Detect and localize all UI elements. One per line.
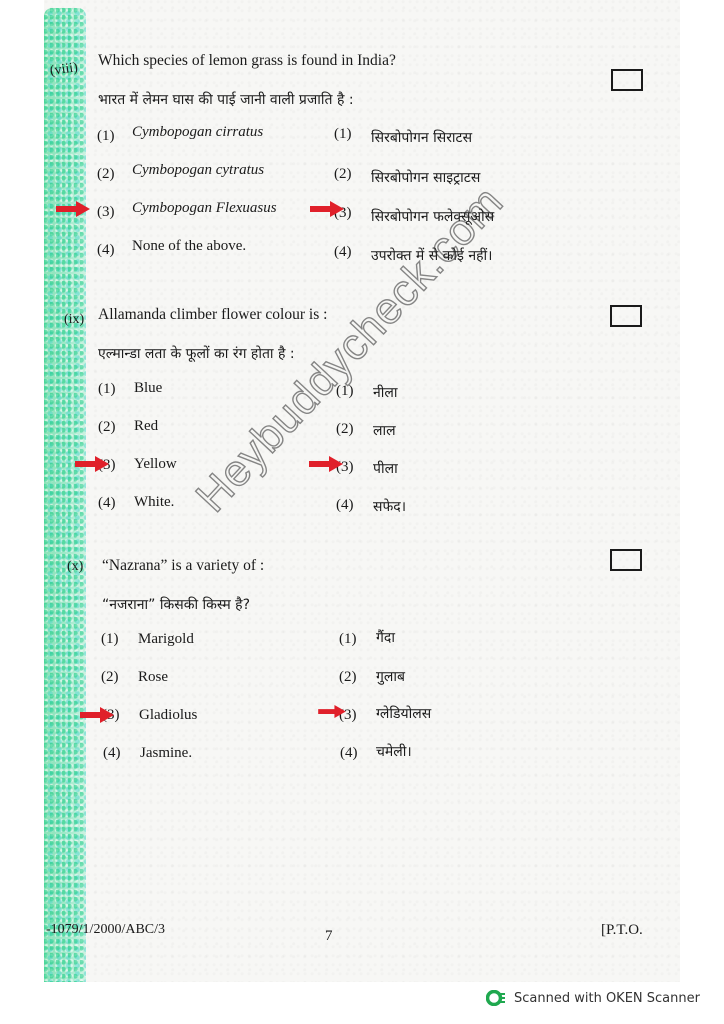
option-en: Cymbopogan cytratus xyxy=(132,162,264,179)
option-hi: सिरबोपोगन सिराटस xyxy=(371,128,472,147)
option-number: (3) xyxy=(97,204,115,221)
option-hi: गुलाब xyxy=(376,667,405,686)
page-number: 7 xyxy=(325,928,333,945)
option-number: (2) xyxy=(336,421,354,438)
option-en: Gladiolus xyxy=(139,707,197,724)
question-number: (ix) xyxy=(64,312,84,328)
red-arrow-icon xyxy=(309,456,343,472)
oken-scanner-logo-icon xyxy=(486,990,506,1006)
question-text-hi: एल्मान्डा लता के फूलों का रंग होता है : xyxy=(98,344,295,363)
question-number: (x) xyxy=(67,559,83,575)
option-number: (4) xyxy=(98,495,116,512)
option-number: (4) xyxy=(340,745,358,762)
option-hi: गैंदा xyxy=(376,628,395,647)
paper-code: -1079/1/2000/ABC/3 xyxy=(46,922,165,938)
option-en: White. xyxy=(134,494,174,511)
option-hi: नीला xyxy=(373,383,398,402)
exam-page xyxy=(44,0,680,982)
question-text-hi: भारत में लेमन घास की पाई जानी वाली प्रजा… xyxy=(98,90,354,109)
red-arrow-icon xyxy=(80,707,114,723)
option-en: Yellow xyxy=(134,456,177,473)
option-en: Blue xyxy=(134,380,162,397)
question-text-en: Which species of lemon grass is found in… xyxy=(98,52,396,70)
scanner-badge: Scanned with OKEN Scanner xyxy=(486,990,700,1006)
option-number: (4) xyxy=(336,497,354,514)
pto-label: [P.T.O. xyxy=(601,922,643,939)
option-number: (2) xyxy=(339,669,357,686)
option-hi: लाल xyxy=(373,421,396,440)
scan-edge-stripe xyxy=(44,8,86,982)
option-en: None of the above. xyxy=(132,238,246,255)
option-number: (1) xyxy=(334,126,352,143)
option-number: (1) xyxy=(339,631,357,648)
red-arrow-icon xyxy=(75,456,109,472)
option-number: (2) xyxy=(98,419,116,436)
option-hi: पीला xyxy=(373,459,398,478)
option-en: Marigold xyxy=(138,631,194,648)
question-text-en: “Nazrana” is a variety of : xyxy=(102,557,264,575)
option-en: Cymbopogan cirratus xyxy=(132,124,263,141)
question-text-en: Allamanda climber flower colour is : xyxy=(98,306,327,324)
option-en: Cymbopogan Flexuasus xyxy=(132,200,277,217)
option-number: (1) xyxy=(97,128,115,145)
option-hi: ग्लेडियोलस xyxy=(376,704,431,723)
option-en: Jasmine. xyxy=(140,745,192,762)
red-arrow-icon xyxy=(56,201,90,217)
scanner-text: Scanned with OKEN Scanner xyxy=(514,991,700,1006)
option-number: (4) xyxy=(334,244,352,261)
option-number: (2) xyxy=(334,166,352,183)
answer-box[interactable] xyxy=(611,69,643,91)
question-text-hi: “नजराना” किसकी किस्म है? xyxy=(102,595,250,614)
option-number: (4) xyxy=(103,745,121,762)
red-arrow-icon xyxy=(310,201,344,217)
option-en: Red xyxy=(134,418,158,435)
answer-box[interactable] xyxy=(610,305,642,327)
option-hi: सिरबोपोगन साइट्राटस xyxy=(371,168,480,187)
option-number: (1) xyxy=(98,381,116,398)
option-hi: चमेली। xyxy=(376,742,412,761)
red-arrow-icon xyxy=(318,705,346,718)
option-number: (4) xyxy=(97,242,115,259)
option-en: Rose xyxy=(138,669,168,686)
option-number: (2) xyxy=(101,669,119,686)
answer-box[interactable] xyxy=(610,549,642,571)
option-number: (1) xyxy=(101,631,119,648)
option-hi: सफेद। xyxy=(373,497,406,516)
option-number: (2) xyxy=(97,166,115,183)
